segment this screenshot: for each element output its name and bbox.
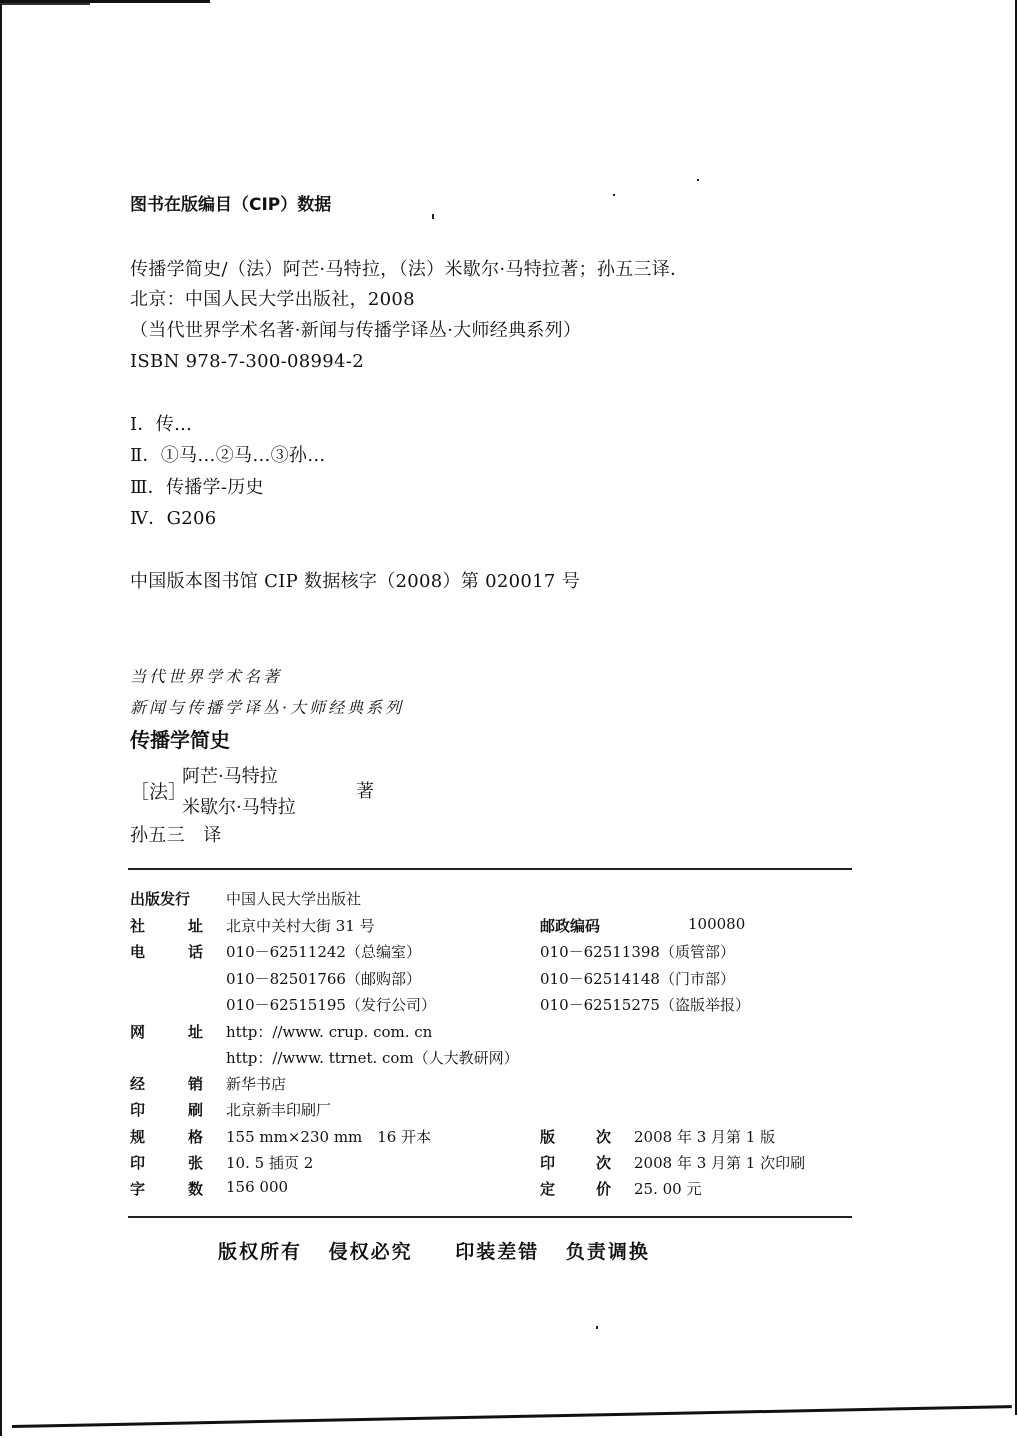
cip-subject-2: Ⅱ．①马…②马…③孙… (130, 445, 326, 467)
page-border-right (1015, 0, 1017, 1415)
scan-speck (697, 179, 699, 181)
edition-value: 2008 年 3 月第 1 版 (634, 1126, 775, 1147)
info-row-sheets: 印 张 10. 5 插页 2 印 次 2008 年 3 月第 1 次印刷 (130, 1152, 860, 1174)
divider-bottom (128, 1216, 852, 1218)
info-row-words: 字 数 156 000 定 价 25. 00 元 (130, 1178, 860, 1200)
printer-label-1: 印 (130, 1099, 145, 1120)
cip-line-publisher: 北京：中国人民大学出版社，2008 (130, 289, 415, 311)
phone-right-3: 010－62515275（盗版举报） (540, 994, 750, 1015)
publisher-value: 中国人民大学出版社 (226, 888, 361, 909)
price-label-1: 定 (540, 1178, 555, 1199)
printing-label-2: 次 (596, 1152, 611, 1173)
distributor-label-1: 经 (130, 1073, 145, 1094)
author-nationality: ［法］ (130, 777, 187, 804)
info-row-format: 规 格 155 mm×230 mm 16 开本 版 次 2008 年 3 月第 … (130, 1126, 860, 1148)
website-label-2: 址 (188, 1021, 203, 1042)
scan-speck (613, 194, 615, 196)
format-label-2: 格 (188, 1126, 203, 1147)
words-label-2: 数 (188, 1178, 203, 1199)
words-label-1: 字 (130, 1178, 145, 1199)
translator: 孙五三 译 (130, 825, 222, 847)
info-row-publisher: 出版发行 中国人民大学出版社 (130, 888, 860, 910)
notice-all-rights: 版权所有 (218, 1241, 302, 1263)
postcode-label: 邮政编码 (540, 915, 600, 936)
address-label-2: 址 (188, 915, 203, 936)
page-border-bottom (12, 1405, 1012, 1428)
info-row-website-2: http：//www. ttrnet. com（人大教研网） (130, 1047, 860, 1069)
cip-subject-3: Ⅲ．传播学-历史 (130, 477, 264, 499)
divider-top (128, 868, 852, 870)
sheets-label-1: 印 (130, 1152, 145, 1173)
website-2: http：//www. ttrnet. com（人大教研网） (226, 1047, 519, 1068)
address-label-1: 社 (130, 915, 145, 936)
sheets-label-2: 张 (188, 1152, 203, 1173)
price-value: 25. 00 元 (634, 1178, 701, 1199)
series-name: 当代世界学术名著 (130, 666, 282, 688)
cip-subject-4: Ⅳ．G206 (130, 508, 217, 530)
notice-infringement: 侵权必究 (329, 1241, 413, 1263)
phone-label-1: 电 (130, 941, 145, 962)
scan-speck (596, 1326, 598, 1329)
page-border-left (0, 4, 2, 1436)
website-label-1: 网 (130, 1021, 145, 1042)
page-border-top-shadow (0, 3, 90, 5)
phone-left-1: 010－62511242（总编室） (226, 941, 421, 962)
address-value: 北京中关村大街 31 号 (226, 915, 375, 936)
author-2: 米歇尔·马特拉 (182, 793, 296, 819)
cip-line-isbn: ISBN 978-7-300-08994-2 (130, 351, 364, 373)
price-label-2: 价 (596, 1178, 611, 1199)
distributor-value: 新华书店 (226, 1073, 286, 1094)
author-role: 著 (356, 777, 374, 803)
edition-label-2: 次 (596, 1126, 611, 1147)
cip-heading: 图书在版编目（CIP）数据 (130, 194, 331, 216)
phone-right-2: 010－62514148（门市部） (540, 968, 735, 989)
info-row-phone-2: 010－82501766（邮购部） 010－62514148（门市部） (130, 968, 860, 990)
postcode-value: 100080 (688, 915, 745, 933)
cip-subject-1: Ⅰ．传… (130, 414, 192, 436)
phone-right-1: 010－62511398（质管部） (540, 941, 735, 962)
author-1: 阿芒·马特拉 (182, 762, 278, 788)
notice-misprint: 印装差错 (455, 1241, 539, 1263)
info-row-printer: 印 刷 北京新丰印刷厂 (130, 1099, 860, 1121)
info-row-address: 社 址 北京中关村大街 31 号 邮政编码 100080 (130, 915, 860, 937)
cip-line-title: 传播学简史/（法）阿芒·马特拉，（法）米歇尔·马特拉著；孙五三译． (130, 259, 688, 281)
copyright-notice: 版权所有 侵权必究 印装差错 负责调换 (218, 1237, 668, 1264)
printing-value: 2008 年 3 月第 1 次印刷 (634, 1152, 805, 1173)
series-subname: 新闻与传播学译丛·大师经典系列 (130, 697, 404, 719)
printer-label-2: 刷 (188, 1099, 203, 1120)
phone-left-3: 010－62515195（发行公司） (226, 994, 436, 1015)
format-label-1: 规 (130, 1126, 145, 1147)
website-1: http：//www. crup. com. cn (226, 1021, 432, 1042)
notice-exchange: 负责调换 (566, 1241, 650, 1263)
scan-speck (432, 214, 434, 219)
cip-line-series: （当代世界学术名著·新闻与传播学译丛·大师经典系列） (130, 320, 581, 342)
distributor-label-2: 销 (188, 1073, 203, 1094)
info-row-phone-3: 010－62515195（发行公司） 010－62515275（盗版举报） (130, 994, 860, 1016)
cip-verification: 中国版本图书馆 CIP 数据核字（2008）第 020017 号 (130, 571, 580, 593)
phone-left-2: 010－82501766（邮购部） (226, 968, 421, 989)
phone-label-2: 话 (188, 941, 203, 962)
format-value: 155 mm×230 mm 16 开本 (226, 1126, 431, 1147)
printing-label-1: 印 (540, 1152, 555, 1173)
info-row-phone-1: 电 话 010－62511242（总编室） 010－62511398（质管部） (130, 941, 860, 963)
edition-label-1: 版 (540, 1126, 555, 1147)
book-title: 传播学简史 (130, 729, 230, 751)
words-value: 156 000 (226, 1178, 288, 1196)
info-row-website-1: 网 址 http：//www. crup. com. cn (130, 1021, 860, 1043)
printer-value: 北京新丰印刷厂 (226, 1099, 331, 1120)
info-row-distributor: 经 销 新华书店 (130, 1073, 860, 1095)
publisher-label: 出版发行 (130, 888, 190, 909)
sheets-value: 10. 5 插页 2 (226, 1152, 313, 1173)
